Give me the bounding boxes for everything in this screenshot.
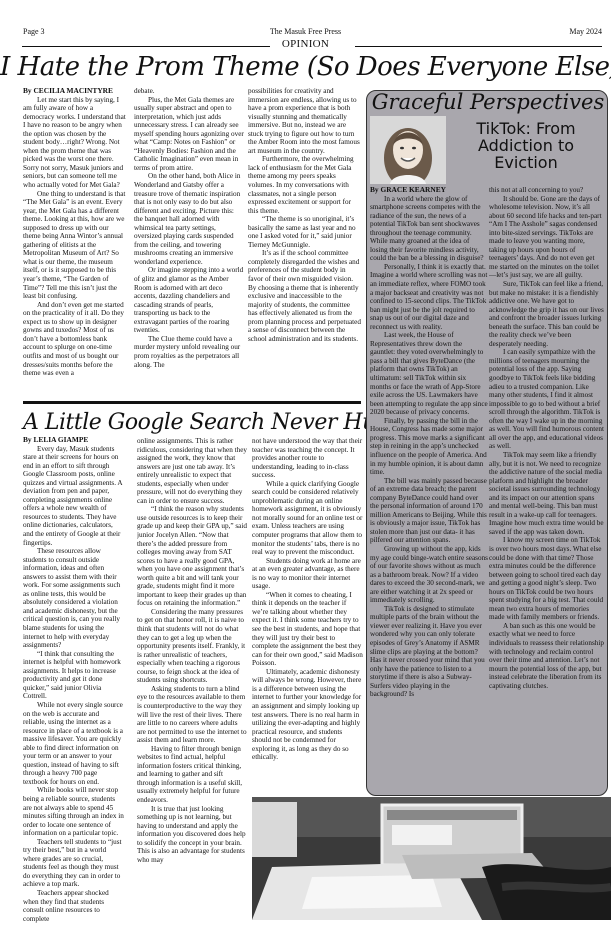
paragraph: A ban such as this one would be exactly …	[489, 622, 604, 690]
prom-column-1: By CECILIA MACINTYRE Let me start this b…	[23, 87, 126, 397]
paragraph: While not every single source on the web…	[23, 701, 124, 786]
paragraph: Sure, TikTok can feel like a friend, but…	[489, 280, 604, 348]
paragraph: It should be. Gone are the days of whole…	[489, 195, 604, 280]
paragraph: Teachers tell students to “just try thei…	[23, 838, 124, 889]
paragraph: Every day, Masuk students stare at their…	[23, 445, 124, 548]
paragraph: “I think the reason why students use out…	[137, 505, 247, 608]
paragraph: While books will never stop being a reli…	[23, 786, 124, 837]
paragraph: Or imagine stepping into a world of glit…	[134, 266, 244, 334]
paragraph: The Clue theme could have a murder myste…	[134, 335, 244, 369]
column-title: Graceful Perspectives	[370, 90, 606, 114]
paragraph: TikTok may seem like a friendly ally, bu…	[489, 451, 604, 536]
paragraph: Teachers appear shocked when they find t…	[23, 889, 124, 923]
paragraph: I can easily sympathize with the million…	[489, 348, 604, 451]
paragraph: Considering the many pressures to get on…	[137, 608, 247, 685]
paragraph: Having to filter through benign websites…	[137, 745, 247, 805]
article-divider	[23, 401, 361, 404]
paragraph: These resources allow students to consul…	[23, 547, 124, 650]
prom-column-3: possibilities for creativity and immersi…	[248, 87, 361, 397]
paragraph: It is true that just looking something u…	[137, 805, 247, 865]
paragraph: Plus, the Met Gala themes are usually su…	[134, 96, 244, 173]
paragraph: Finally, by passing the bill in the Hous…	[370, 417, 488, 477]
prom-byline: By CECILIA MACINTYRE	[23, 87, 126, 96]
student-laptop-textbook-photo	[252, 797, 611, 920]
paragraph: Ultimately, academic dishonesty will alw…	[252, 668, 363, 762]
paragraph: And don’t even get me started on the pra…	[23, 301, 126, 378]
google-column-2: online assignments. This is rather ridic…	[137, 437, 247, 927]
paragraph: Last week, the House of Representatives …	[370, 331, 488, 416]
prom-headline: I Hate the Prom Theme (So Does Everyone …	[0, 52, 611, 82]
paragraph: I know my screen time on TikTok is over …	[489, 536, 604, 621]
section-label: OPINION	[0, 38, 611, 50]
photo-illustration	[252, 797, 611, 920]
paragraph: this not at all concerning to you?	[489, 186, 604, 195]
author-headshot-photo	[370, 116, 446, 184]
paragraph: On the other hand, both Alice in Wonderl…	[134, 172, 244, 266]
tiktok-headline: TikTok: From Addiction to Eviction	[450, 120, 602, 171]
paragraph: not have understood the way that their t…	[252, 437, 363, 480]
paragraph: online assignments. This is rather ridic…	[137, 437, 247, 505]
paragraph: The bill was mainly passed because of an…	[370, 477, 488, 545]
paragraph: In a world where the glow of smartphone …	[370, 195, 488, 263]
paragraph: It’s as if the school committee complete…	[248, 249, 361, 343]
paragraph: possibilities for creativity and immersi…	[248, 87, 361, 155]
paragraph: “When it comes to cheating, I think it d…	[252, 591, 363, 668]
paragraph: Let me start this by saying, I am fully …	[23, 96, 126, 190]
paragraph: One thing to understand is that “The Met…	[23, 190, 126, 301]
prom-column-2: debate. Plus, the Met Gala themes are us…	[134, 87, 244, 397]
paragraph: Furthermore, the overwhelming lack of en…	[248, 155, 361, 215]
google-byline: By LELIA GIAMPE	[23, 436, 124, 445]
google-column-1: By LELIA GIAMPE Every day, Masuk student…	[23, 436, 124, 936]
google-headline: A Little Google Search Never Hurt No One	[23, 410, 361, 435]
paragraph: TikTok is designed to stimulate multiple…	[370, 605, 488, 699]
google-column-3: not have understood the way that their t…	[252, 437, 363, 794]
headshot-illustration	[370, 116, 446, 184]
paragraph: While a quick clarifying Google search c…	[252, 480, 363, 557]
paragraph: Asking students to turn a blind eye to t…	[137, 685, 247, 745]
paragraph: Students doing work at home are at an ev…	[252, 557, 363, 591]
paragraph: “I think that consulting the internet is…	[23, 650, 124, 701]
paragraph: “The theme is so unoriginal, it’s basica…	[248, 215, 361, 249]
issue-date: May 2024	[569, 27, 602, 36]
tiktok-column-1: By GRACE KEARNEY In a world where the gl…	[370, 186, 488, 789]
tiktok-byline: By GRACE KEARNEY	[370, 186, 488, 195]
paragraph: Growing up without the app, kids my age …	[370, 545, 488, 605]
publication-name: The Masuk Free Press	[0, 27, 611, 36]
paragraph: Personally, I think it is exactly that. …	[370, 263, 488, 331]
paragraph: debate.	[134, 87, 244, 96]
tiktok-column-2: this not at all concerning to you? It sh…	[489, 186, 604, 789]
